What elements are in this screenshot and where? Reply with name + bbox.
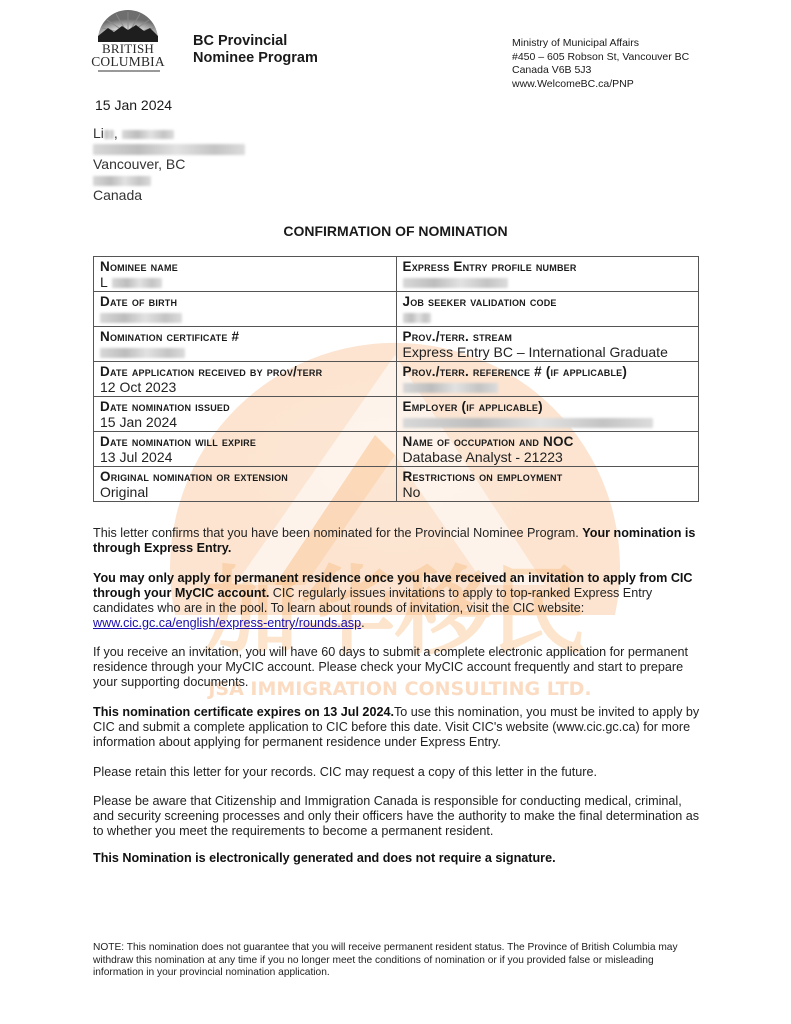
info-value: Original (100, 484, 390, 500)
recipient-postal-line (93, 173, 245, 189)
letter-date: 15 Jan 2024 (95, 97, 172, 113)
info-value (403, 274, 693, 290)
bc-logo: BRITISH COLUMBIA (90, 6, 166, 72)
recipient-country: Canada (93, 188, 245, 204)
p4-bold-text: This nomination certificate expires on 1… (93, 705, 394, 719)
info-label: Job seeker validation code (403, 294, 693, 309)
redacted-value (112, 278, 162, 288)
info-cell: Job seeker validation code (396, 292, 699, 327)
info-cell: Name of occupation and NOCDatabase Analy… (396, 432, 699, 467)
info-cell: Express Entry profile number (396, 257, 699, 292)
info-label: Name of occupation and NOC (403, 434, 693, 449)
info-value: L (100, 274, 390, 290)
info-cell: Employer (if applicable) (396, 397, 699, 432)
paragraph-cic-responsibility: Please be aware that Citizenship and Imm… (93, 794, 705, 839)
info-cell: Prov./terr. streamExpress Entry BC – Int… (396, 327, 699, 362)
program-title-line1: BC Provincial (193, 33, 318, 50)
info-value-text: Express Entry BC – International Graduat… (403, 344, 668, 360)
info-label: Express Entry profile number (403, 259, 693, 274)
p2-end: . (361, 616, 365, 630)
info-value: 15 Jan 2024 (100, 414, 390, 430)
info-table-row: Date application received by prov/terr12… (94, 362, 699, 397)
bc-sunrise-mountains-icon (90, 6, 166, 44)
recipient-address: Li, Vancouver, BC Canada (93, 126, 245, 204)
info-value: 12 Oct 2023 (100, 379, 390, 395)
info-label: Prov./terr. stream (403, 329, 693, 344)
footer-note: NOTE: This nomination does not guarantee… (93, 942, 705, 980)
paragraph-confirmation: This letter confirms that you have been … (93, 526, 705, 556)
redacted-value (403, 418, 653, 428)
logo-underline (98, 70, 160, 72)
info-cell: Date of birth (94, 292, 397, 327)
p5-text: Please retain this letter for your recor… (93, 765, 705, 780)
program-title-line2: Nominee Program (193, 50, 318, 67)
recipient-city: Vancouver, BC (93, 157, 245, 173)
info-label: Nominee name (100, 259, 390, 274)
info-cell: Prov./terr. reference # (if applicable) (396, 362, 699, 397)
info-table-row: Date nomination will expire13 Jul 2024Na… (94, 432, 699, 467)
info-table-row: Date nomination issued15 Jan 2024Employe… (94, 397, 699, 432)
ministry-name: Ministry of Municipal Affairs (512, 37, 689, 51)
info-cell: Original nomination or extensionOriginal (94, 467, 397, 502)
cic-rounds-link[interactable]: www.cic.gc.ca/english/express-entry/roun… (93, 616, 361, 630)
info-value: 13 Jul 2024 (100, 449, 390, 465)
recipient-name: Li (93, 125, 104, 141)
info-value (403, 379, 693, 395)
info-value (100, 309, 390, 325)
redacted-value (100, 313, 182, 323)
info-value-text: 12 Oct 2023 (100, 379, 176, 395)
paragraph-expiry: This nomination certificate expires on 1… (93, 705, 705, 750)
info-value: Express Entry BC – International Graduat… (403, 344, 693, 360)
nomination-letter: BRITISH COLUMBIA BC Provincial Nominee P… (0, 0, 791, 1024)
info-cell: Nominee nameL (94, 257, 397, 292)
info-value-text: No (403, 484, 421, 500)
info-value-text: 13 Jul 2024 (100, 449, 172, 465)
info-value: No (403, 484, 693, 500)
info-value: Database Analyst - 21223 (403, 449, 693, 465)
info-cell: Nomination certificate # (94, 327, 397, 362)
program-title: BC Provincial Nominee Program (193, 33, 318, 67)
ministry-website: www.WelcomeBC.ca/PNP (512, 78, 689, 92)
info-value-text: Database Analyst - 21223 (403, 449, 563, 465)
ministry-postal: Canada V6B 5J3 (512, 64, 689, 78)
info-label: Date nomination will expire (100, 434, 390, 449)
redacted-value (403, 383, 498, 393)
info-label: Prov./terr. reference # (if applicable) (403, 364, 693, 379)
info-value (403, 414, 693, 430)
ministry-street: #450 – 605 Robson St, Vancouver BC (512, 51, 689, 65)
info-label: Original nomination or extension (100, 469, 390, 484)
nomination-info-table: Nominee nameLExpress Entry profile numbe… (93, 256, 699, 502)
redacted-value (100, 348, 185, 358)
bc-logo-wordmark: BRITISH COLUMBIA (90, 42, 166, 68)
paragraph-retain: Please retain this letter for your recor… (93, 765, 705, 780)
info-value (100, 344, 390, 360)
info-label: Date of birth (100, 294, 390, 309)
info-cell: Restrictions on employmentNo (396, 467, 699, 502)
info-label: Restrictions on employment (403, 469, 693, 484)
info-label: Nomination certificate # (100, 329, 390, 344)
info-value-text: 15 Jan 2024 (100, 414, 177, 430)
info-table-row: Nomination certificate #Prov./terr. stre… (94, 327, 699, 362)
info-label: Employer (if applicable) (403, 399, 693, 414)
ministry-address-block: Ministry of Municipal Affairs #450 – 605… (512, 37, 689, 91)
info-value-text: L (100, 274, 108, 290)
p7-bold-text: This Nomination is electronically genera… (93, 851, 556, 865)
p1-text: This letter confirms that you have been … (93, 526, 582, 540)
info-table-row: Original nomination or extensionOriginal… (94, 467, 699, 502)
p6-text: Please be aware that Citizenship and Imm… (93, 794, 705, 839)
document-title: CONFIRMATION OF NOMINATION (0, 223, 791, 239)
paragraph-invitation: If you receive an invitation, you will h… (93, 645, 705, 690)
paragraph-apply-instructions: You may only apply for permanent residen… (93, 571, 705, 631)
info-value (403, 309, 693, 325)
info-cell: Date nomination will expire13 Jul 2024 (94, 432, 397, 467)
redacted-value (403, 313, 431, 323)
redacted-value (403, 278, 508, 288)
info-cell: Date application received by prov/terr12… (94, 362, 397, 397)
p3-text: If you receive an invitation, you will h… (93, 645, 705, 690)
info-value-text: Original (100, 484, 148, 500)
info-label: Date application received by prov/terr (100, 364, 390, 379)
info-table-row: Nominee nameLExpress Entry profile numbe… (94, 257, 699, 292)
recipient-name-line: Li, (93, 126, 245, 142)
info-label: Date nomination issued (100, 399, 390, 414)
paragraph-electronic: This Nomination is electronically genera… (93, 851, 705, 866)
recipient-street-line (93, 142, 245, 158)
info-table-row: Date of birthJob seeker validation code (94, 292, 699, 327)
info-cell: Date nomination issued15 Jan 2024 (94, 397, 397, 432)
logo-line-columbia: COLUMBIA (90, 55, 166, 68)
